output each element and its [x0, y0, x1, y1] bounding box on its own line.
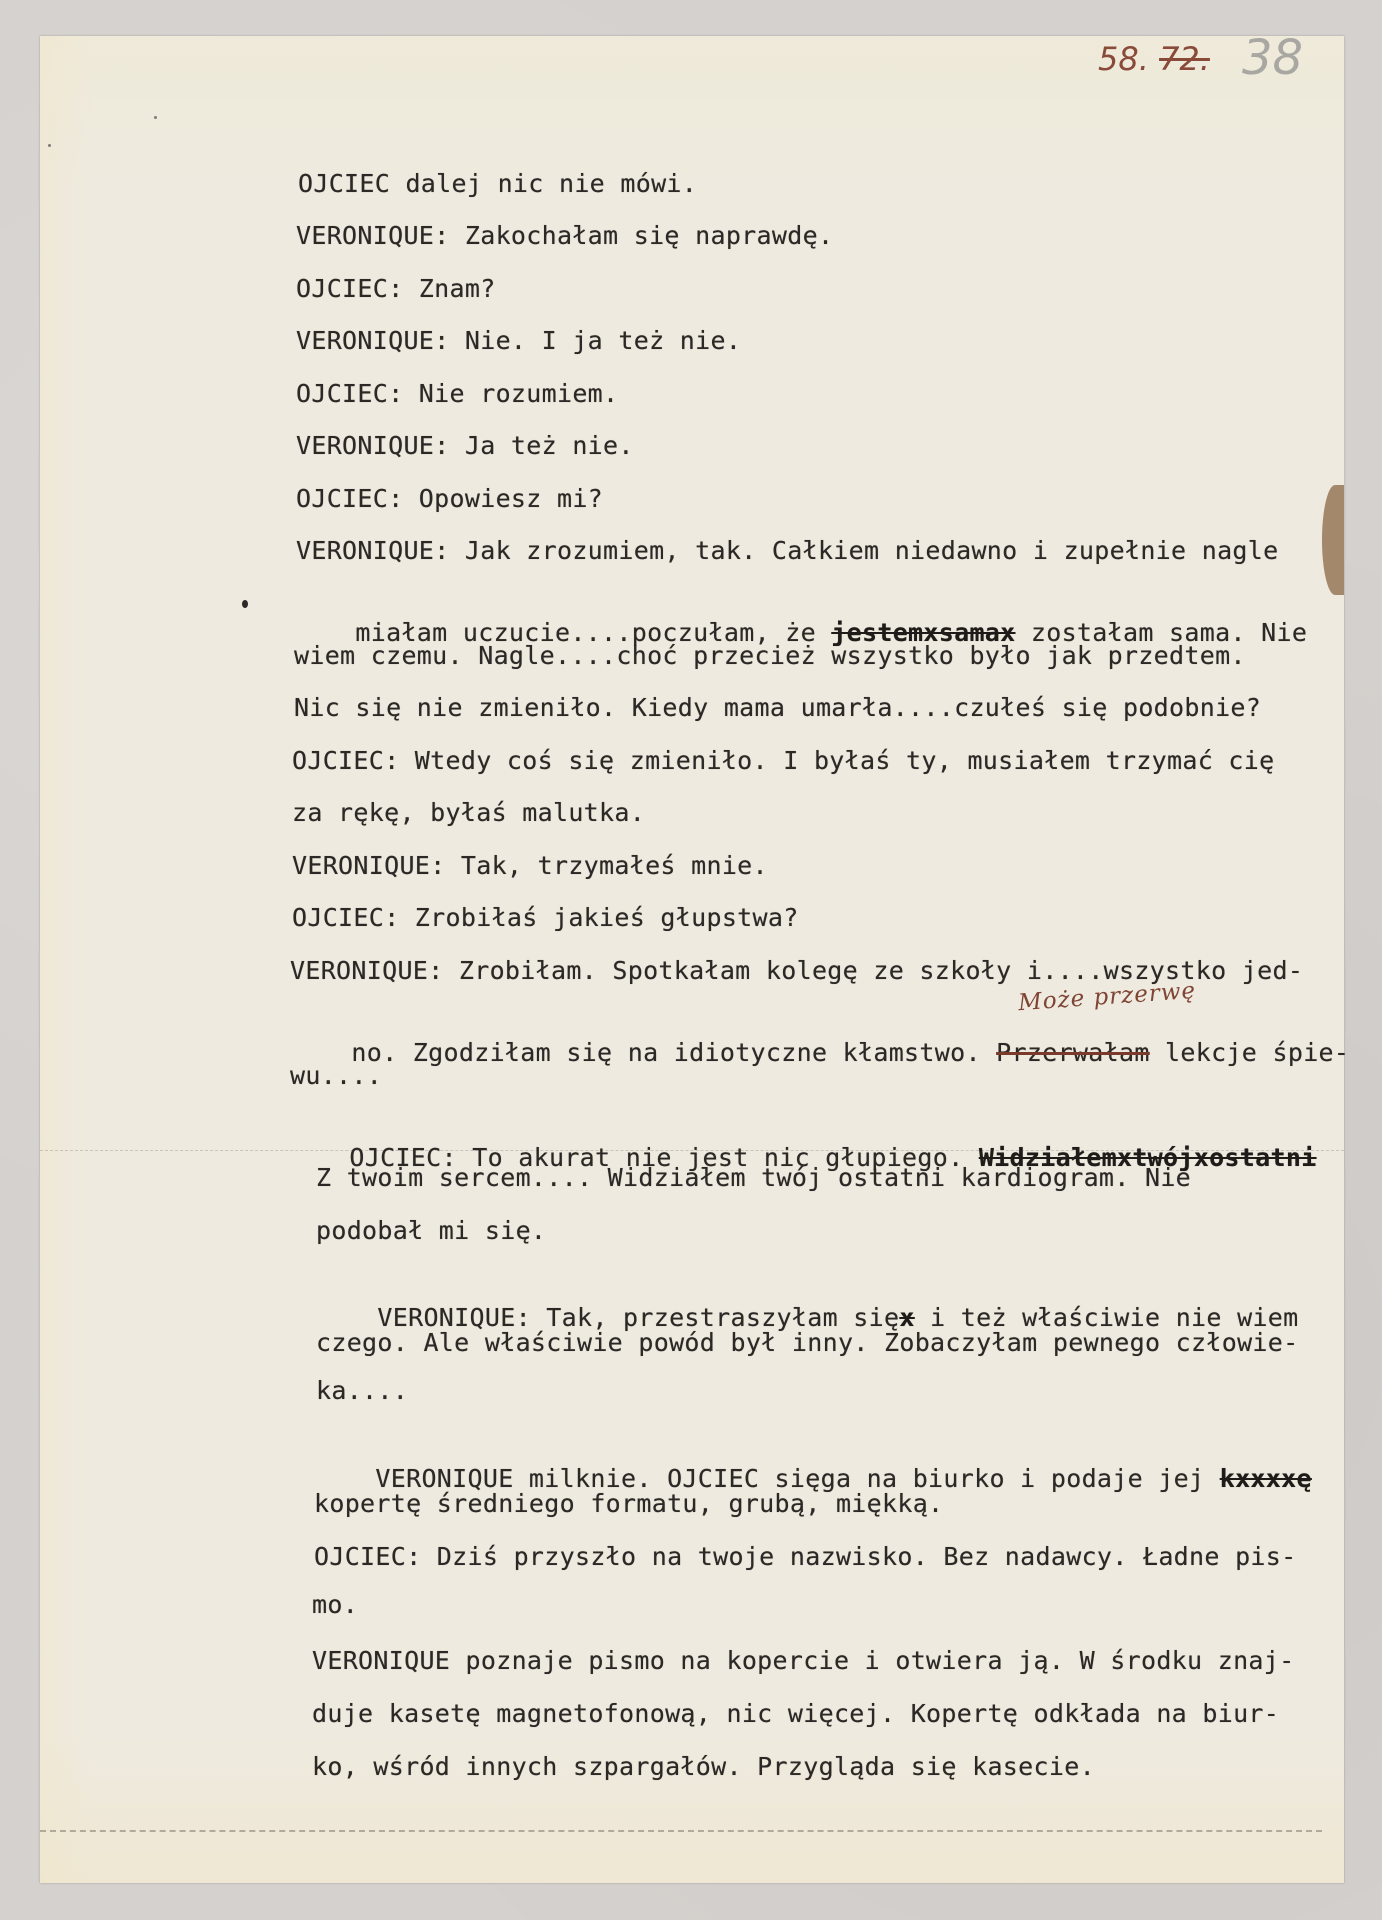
script-line: VERONIQUE: Ja też nie.: [296, 431, 634, 461]
script-line: wu....: [290, 1061, 382, 1091]
script-line: ko, wśród innych szpargałów. Przygląda s…: [312, 1752, 1095, 1782]
line-text: no. Zgodziłam się na idiotyczne kłamstwo…: [351, 1038, 996, 1067]
script-line: VERONIQUE: Zakochałam się naprawdę.: [296, 221, 833, 251]
script-line: VERONIQUE: Nie. I ja też nie.: [296, 326, 741, 356]
script-line: OJCIEC dalej nic nie mówi.: [298, 169, 697, 199]
script-line: OJCIEC: Nie rozumiem.: [296, 379, 618, 409]
script-line: OJCIEC: Zrobiłaś jakieś głupstwa?: [292, 903, 799, 933]
script-line: VERONIQUE: Tak, trzymałeś mnie.: [292, 851, 768, 881]
page-number-struck: 72.: [1159, 40, 1210, 78]
struck-text: Przerwałam: [996, 1038, 1150, 1067]
speck: [48, 144, 51, 147]
script-line: ka....: [316, 1376, 408, 1406]
script-line: Z twoim sercem.... Widziałem twój ostatn…: [316, 1163, 1191, 1193]
script-line: OJCIEC: Wtedy coś się zmieniło. I byłaś …: [292, 746, 1274, 776]
script-line: czego. Ale właściwie powód był inny. Zob…: [316, 1328, 1298, 1358]
speck: [154, 116, 157, 119]
script-line: mo.: [312, 1590, 358, 1620]
paste-seam-line-bottom: [40, 1830, 1322, 1832]
script-line: Nic się nie zmieniło. Kiedy mama umarła.…: [294, 693, 1261, 723]
page-number-current: 58.: [1098, 40, 1149, 78]
page-number-ink: 58. 72.: [1098, 40, 1210, 78]
script-line: wiem czemu. Nagle....choć przecież wszys…: [294, 641, 1246, 671]
script-line: OJCIEC: Znam?: [296, 274, 496, 304]
stain-mark: [1322, 485, 1344, 595]
script-line: VERONIQUE poznaje pismo na kopercie i ot…: [312, 1646, 1294, 1676]
script-line: no. Zgodziłam się na idiotyczne kłamstwo…: [290, 1008, 1349, 1098]
line-text: lekcje śpie-: [1150, 1038, 1350, 1067]
script-line: OJCIEC: Opowiesz mi?: [296, 484, 603, 514]
script-line: VERONIQUE: Jak zrozumiem, tak. Całkiem n…: [296, 536, 1278, 566]
margin-mark: [242, 600, 248, 608]
script-line: OJCIEC: Dziś przyszło na twoje nazwisko.…: [314, 1542, 1296, 1572]
script-line: duje kasetę magnetofonową, nic więcej. K…: [312, 1699, 1279, 1729]
page-number-pencil: 38: [1242, 30, 1303, 86]
script-line: za rękę, byłaś malutka.: [292, 798, 645, 828]
script-line: kopertę średniego formatu, grubą, miękką…: [314, 1489, 943, 1519]
struck-text: kxxxxę: [1220, 1464, 1312, 1493]
script-line: podobał mi się.: [316, 1216, 546, 1246]
typescript-page: 58. 72. 38 OJCIEC dalej nic nie mówi. VE…: [40, 36, 1344, 1883]
